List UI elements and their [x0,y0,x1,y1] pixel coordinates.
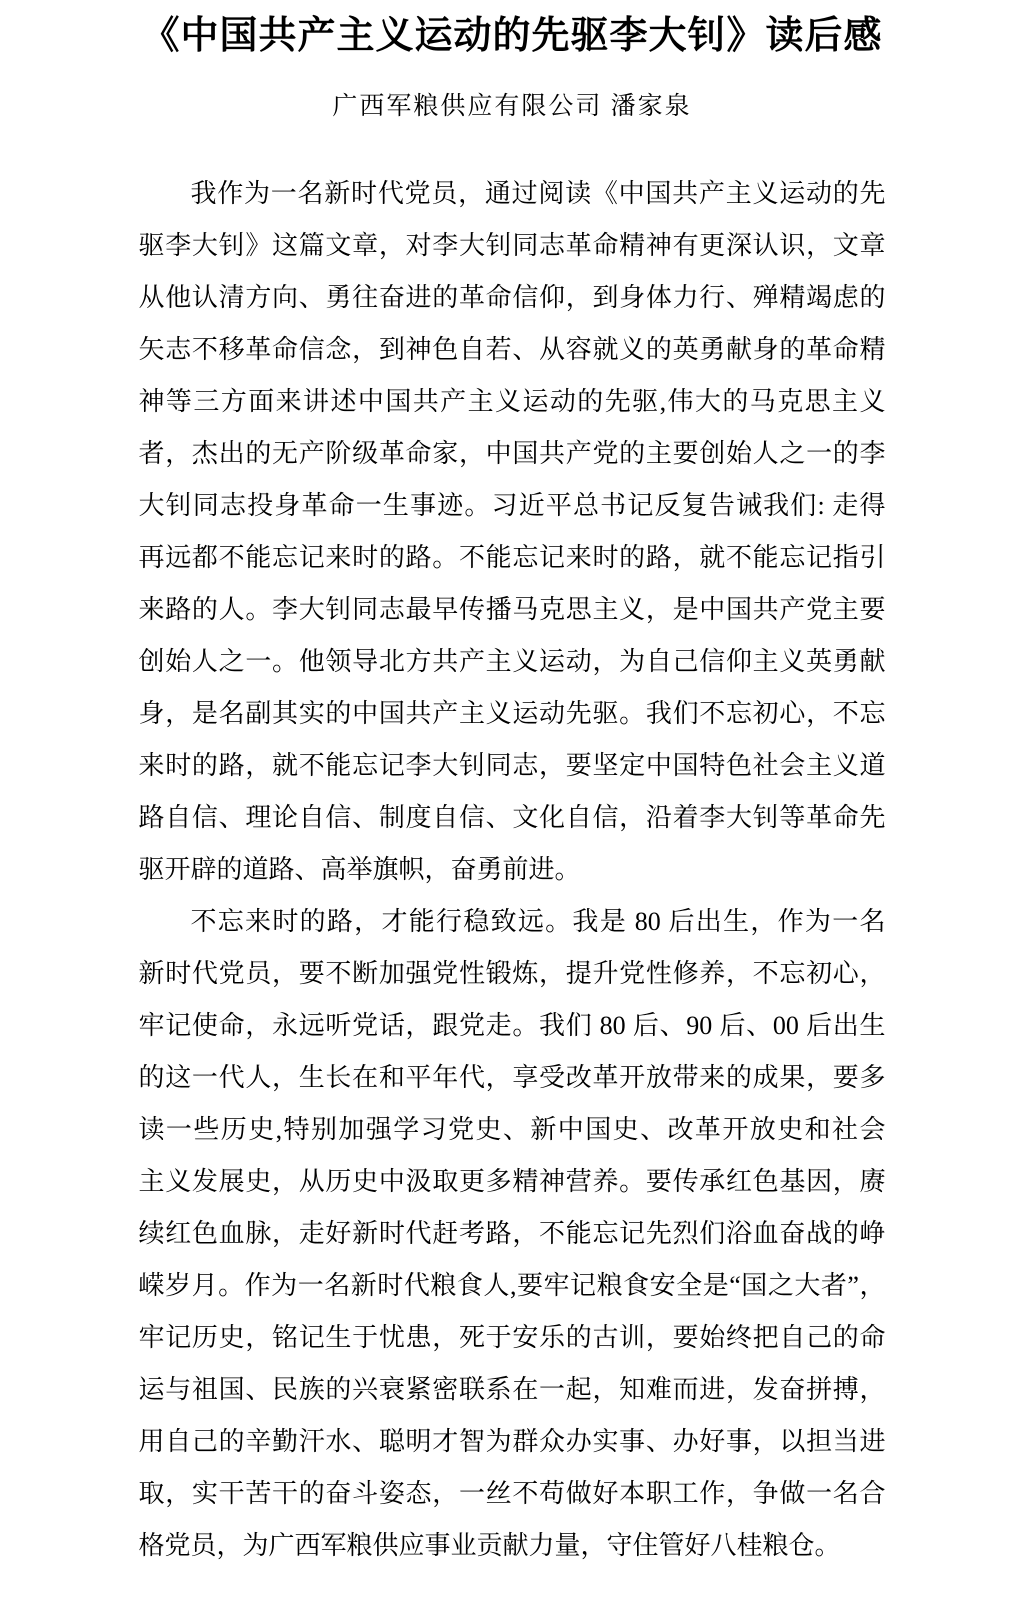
body-line: 不忘来时的路，才能行稳致远。我是 80 后出生，作为一名 [139,896,886,948]
body-line: 牢记使命，永远听党话，跟党走。我们 80 后、90 后、00 后出生 [139,1000,886,1052]
body-line: 取，实干苦干的奋斗姿态，一丝不苟做好本职工作，争做一名合 [139,1468,886,1520]
body-line: 运与祖国、民族的兴衰紧密联系在一起，知难而进，发奋拼搏， [139,1364,886,1416]
body-line: 格党员，为广西军粮供应事业贡献力量，守住管好八桂粮仓。 [139,1520,886,1572]
body-line: 续红色血脉，走好新时代赶考路，不能忘记先烈们浴血奋战的峥 [139,1208,886,1260]
body-line: 神等三方面来讲述中国共产主义运动的先驱,伟大的马克思主义 [139,376,886,428]
body-line: 路自信、理论自信、制度自信、文化自信，沿着李大钊等革命先 [139,792,886,844]
body-line: 我作为一名新时代党员，通过阅读《中国共产主义运动的先 [139,168,886,220]
body-line: 再远都不能忘记来时的路。不能忘记来时的路，就不能忘记指引 [139,532,886,584]
body-line: 主义发展史，从历史中汲取更多精神营养。要传承红色基因，赓 [139,1156,886,1208]
body-line: 牢记历史，铭记生于忧患，死于安乐的古训，要始终把自己的命 [139,1312,886,1364]
body-line: 来时的路，就不能忘记李大钊同志，要坚定中国特色社会主义道 [139,740,886,792]
body-line: 来路的人。李大钊同志最早传播马克思主义，是中国共产党主要 [139,584,886,636]
body-line: 从他认清方向、勇往奋进的革命信仰，到身体力行、殚精竭虑的 [139,272,886,324]
body-line: 驱李大钊》这篇文章，对李大钊同志革命精神有更深认识，文章 [139,220,886,272]
body-line: 矢志不移革命信念，到神色自若、从容就义的英勇献身的革命精 [139,324,886,376]
document-page: 《中国共产主义运动的先驱李大钊》读后感 广西军粮供应有限公司 潘家泉 我作为一名… [0,0,1024,1624]
body-line: 大钊同志投身革命一生事迹。习近平总书记反复告诫我们: 走得 [139,480,886,532]
document-title: 《中国共产主义运动的先驱李大钊》读后感 [82,12,942,60]
author-byline: 广西军粮供应有限公司 潘家泉 [140,92,885,122]
body-line: 身，是名副其实的中国共产主义运动先驱。我们不忘初心，不忘 [139,688,886,740]
body-line: 创始人之一。他领导北方共产主义运动，为自己信仰主义英勇献 [139,636,886,688]
body-line: 用自己的辛勤汗水、聪明才智为群众办实事、办好事，以担当进 [139,1416,886,1468]
body-line: 嵘岁月。作为一名新时代粮食人,要牢记粮食安全是“国之大者”， [139,1260,886,1312]
body-line: 者，杰出的无产阶级革命家，中国共产党的主要创始人之一的李 [139,428,886,480]
body-line: 的这一代人，生长在和平年代，享受改革开放带来的成果，要多 [139,1052,886,1104]
body-line: 新时代党员，要不断加强党性锻炼，提升党性修养，不忘初心， [139,948,886,1000]
body-line: 驱开辟的道路、高举旗帜，奋勇前进。 [139,844,886,896]
document-body: 我作为一名新时代党员，通过阅读《中国共产主义运动的先驱李大钊》这篇文章，对李大钊… [139,168,886,1572]
body-line: 读一些历史,特别加强学习党史、新中国史、改革开放史和社会 [139,1104,886,1156]
